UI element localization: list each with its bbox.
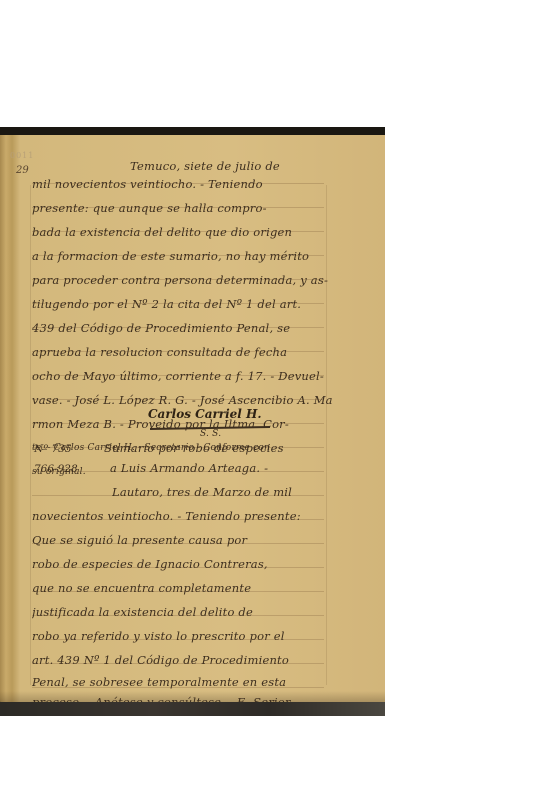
scanned-page-image: 0011 29 Temuco, siete de julio de mil no… xyxy=(0,127,385,716)
entry1-line: tilugendo por el Nº 2 la cita del Nº 1 d… xyxy=(32,297,332,311)
entry2-line: Lautaro, tres de Marzo de mil xyxy=(112,485,332,499)
entry2-line: robo de especies de Ignacio Contreras, xyxy=(32,557,332,571)
entry2-line: novecientos veintiocho. - Teniendo prese… xyxy=(32,509,332,523)
entry2-line: art. 439 Nº 1 del Código de Procedimient… xyxy=(32,653,332,667)
clerk-signature: Carlos Carriel H. xyxy=(148,407,262,421)
entry1-line: para proceder contra persona determinada… xyxy=(32,273,332,287)
case-reference: 766-928 xyxy=(34,463,78,475)
archive-stamp: 0011 xyxy=(10,151,34,160)
case-title-line: Sumario por robo de especies xyxy=(104,441,329,455)
entry2-line: que no se encuentra completamente xyxy=(32,581,332,595)
entry2-line: robo ya referido y visto lo prescrito po… xyxy=(32,629,332,643)
entry1-line: ocho de Mayo último, corriente a f. 17. … xyxy=(32,369,332,383)
entry1-line: presente: que aunque se halla compro- xyxy=(32,201,332,215)
entry1-line: aprueba la resolucion consultada de fech… xyxy=(32,345,332,359)
entry1-line: bada la existencia del delito que dio or… xyxy=(32,225,332,239)
case-title-line: a Luis Armando Arteaga. - xyxy=(110,461,330,475)
case-number: Nº 735 xyxy=(34,443,72,455)
entry2-line: Que se siguió la presente causa por xyxy=(32,533,332,547)
entry1-line: mil novecientos veintiocho. - Teniendo xyxy=(32,177,332,191)
signature-subscript: S. S. xyxy=(200,429,260,439)
entry1-line: 439 del Código de Procedimiento Penal, s… xyxy=(32,321,332,335)
entry2-line: justificada la existencia del delito de xyxy=(32,605,332,619)
scanner-bed-edge xyxy=(0,702,385,716)
page-number: 29 xyxy=(16,165,29,176)
entry1-line: Temuco, siete de julio de xyxy=(130,159,330,173)
left-margin-rule xyxy=(30,185,31,685)
entry1-line: vase. - José L. López R. G. - José Ascen… xyxy=(32,393,332,407)
entry1-line: a la formacion de este sumario, no hay m… xyxy=(32,249,332,263)
entry2-line: Penal, se sobresee temporalmente en esta xyxy=(32,675,332,689)
ledger-page: 0011 29 Temuco, siete de julio de mil no… xyxy=(0,135,385,705)
